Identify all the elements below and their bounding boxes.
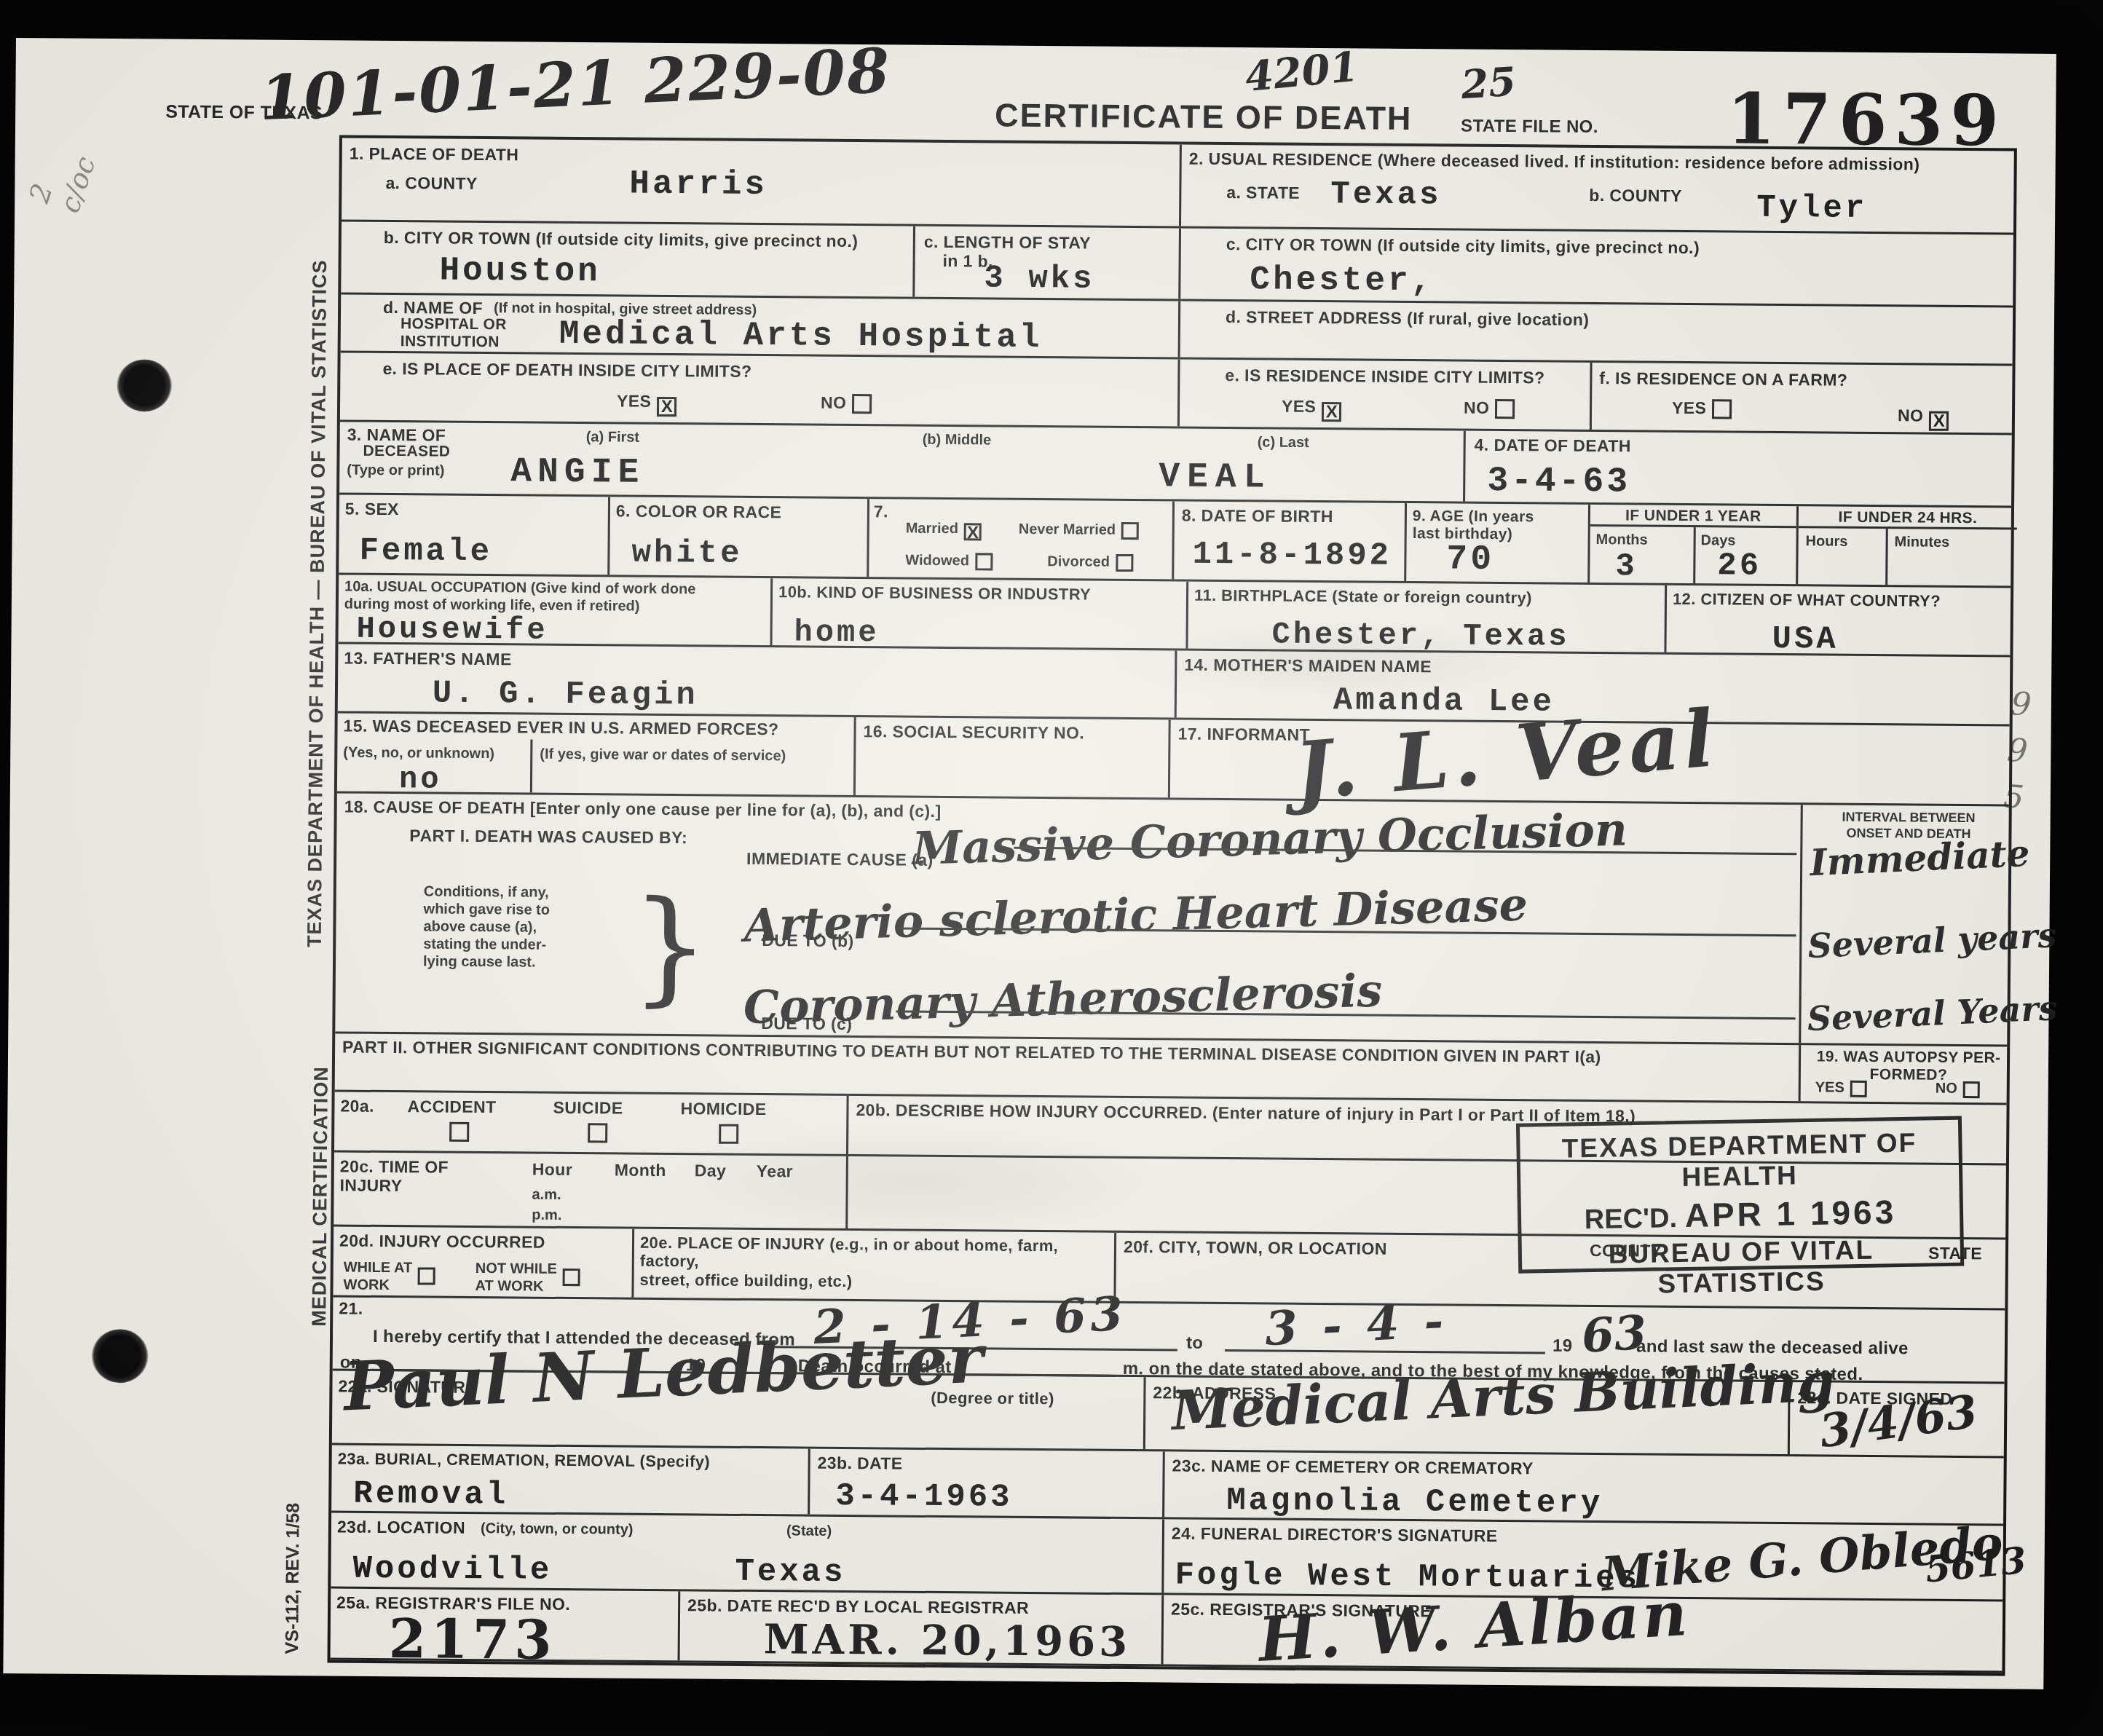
checkbox-never-married	[1121, 522, 1139, 540]
injury-occurred-cell: 20d. INJURY OCCURRED WHILE AT WORK NOT W…	[333, 1226, 632, 1297]
date-of-death-label: 4. DATE OF DEATH	[1475, 435, 1631, 456]
registrar-file-value: 2173	[388, 1608, 556, 1672]
armed-forces-sub-a: (Yes, no, or unknown)	[343, 744, 494, 763]
pm-label: p.m.	[532, 1207, 561, 1224]
months-value: 3	[1615, 548, 1638, 585]
registrar-date-label: 25b. DATE REC'D BY LOCAL REGISTRAR	[687, 1595, 1029, 1617]
birthplace-label: 11. BIRTHPLACE (State or foreign country…	[1194, 586, 1532, 607]
father-value: U. G. Feagin	[433, 676, 698, 714]
location-city-value: Woodville	[352, 1551, 552, 1589]
checkbox-homicide	[719, 1124, 738, 1144]
row-17: 23a. BURIAL, CREMATION, REMOVAL (Specify…	[331, 1445, 2004, 1526]
residence-limits-cell: e. IS RESIDENCE INSIDE CITY LIMITS? YESX…	[1177, 360, 1590, 430]
residence-city-label: c. CITY OR TOWN (If outside city limits,…	[1226, 234, 1700, 258]
checkbox-residence-farm-no: X	[1929, 411, 1949, 431]
burial-date-cell: 23b. DATE 3-4-1963	[808, 1449, 1163, 1518]
location-state-value: Texas	[735, 1554, 845, 1591]
stamp-recd: REC'D.	[1585, 1203, 1678, 1235]
certify-to-date: 3 - 4 -	[1264, 1294, 1449, 1357]
citizen-label: 12. CITIZEN OF WHAT COUNTRY?	[1673, 590, 1941, 610]
father-label: 13. FATHER'S NAME	[344, 649, 512, 669]
punch-hole-top	[117, 359, 173, 412]
under-24-hrs-header: IF UNDER 24 HRS.	[1799, 506, 2017, 529]
industry-cell: 10b. KIND OF BUSINESS OR INDUSTRY home	[770, 578, 1186, 648]
age-cell: 9. AGE (In years last birthday) 70	[1404, 503, 1588, 583]
yes-label: YES	[617, 391, 651, 410]
residence-state-label: a. STATE	[1226, 183, 1300, 202]
degree-cell: (Degree or title)	[923, 1376, 1144, 1449]
while-at-work: WHILE AT WORK	[343, 1259, 435, 1295]
marital-label: 7.	[874, 502, 888, 521]
occupation-value: Housewife	[356, 612, 548, 648]
autopsy-cell: 19. WAS AUTOPSY PER- FORMED? YES NO	[1799, 1045, 2013, 1102]
birthplace-value: Chester, Texas	[1271, 618, 1569, 655]
date-of-birth-value: 11-8-1892	[1192, 537, 1392, 575]
date-of-death-cell: 4. DATE OF DEATH 3-4-63	[1463, 431, 2018, 506]
year-label: Year	[757, 1161, 793, 1181]
cause-heading: 18. CAUSE OF DEATH [Enter only one cause…	[344, 797, 942, 821]
first-name-label: (a) First	[586, 428, 640, 446]
place-city-value: Houston	[439, 252, 601, 291]
informant-cell: 17. INFORMANT J. L. Veal	[1168, 719, 2016, 804]
checkbox-divorced	[1116, 554, 1133, 572]
checkbox-residence-limits-yes: X	[1322, 402, 1341, 422]
name-of-deceased-cell: 3. NAME OF DECEASED (Type or print) (a) …	[339, 422, 1464, 502]
film-background: 2 c/oc 9 9 5 TEXAS DEPARTMENT OF HEALTH …	[0, 0, 2103, 1736]
hospital-value: Medical Arts Hospital	[559, 315, 1043, 357]
injury-city-label: 20f. CITY, TOWN, OR LOCATION	[1124, 1237, 1387, 1258]
days-label: Days	[1701, 532, 1736, 549]
days-value: 26	[1717, 548, 1761, 584]
marital-widowed: Widowed	[905, 552, 993, 571]
yes-label: YES	[1672, 398, 1706, 417]
residence-state-value: Texas	[1330, 176, 1441, 213]
immediate-cause-label: IMMEDIATE CAUSE (a)	[746, 849, 934, 869]
stamp-line-1: TEXAS DEPARTMENT OF HEALTH	[1520, 1127, 1959, 1196]
date-of-death-value: 3-4-63	[1487, 462, 1630, 502]
sex-cell: 5. SEX Female	[339, 495, 608, 575]
row-10-cause-of-death: 18. CAUSE OF DEATH [Enter only one cause…	[335, 793, 2009, 1046]
burial-date-value: 3-4-1963	[835, 1478, 1013, 1516]
suicide-label: SUICIDE	[553, 1098, 623, 1118]
accident-label: ACCIDENT	[407, 1097, 496, 1116]
checkbox-place-limits-yes: X	[657, 397, 676, 417]
place-limits-label: e. IS PLACE OF DEATH INSIDE CITY LIMITS?	[382, 359, 751, 381]
part2-cell: PART II. OTHER SIGNIFICANT CONDITIONS CO…	[335, 1033, 1799, 1101]
hospital-label-line3: INSTITUTION	[401, 333, 500, 351]
registrar-date-cell: 25b. DATE REC'D BY LOCAL REGISTRAR MAR. …	[678, 1591, 1162, 1664]
item-20a-label: 20a.	[340, 1097, 374, 1116]
stamp-line-3: BUREAU OF VITAL STATISTICS	[1522, 1234, 1961, 1302]
armed-forces-sub-b: (If yes, give war or dates of service)	[540, 746, 786, 765]
checkbox-place-limits-no	[852, 394, 872, 414]
burial-cell: 23a. BURIAL, CREMATION, REMOVAL (Specify…	[331, 1445, 808, 1514]
row-6: 5. SEX Female 6. COLOR OR RACE white 7. …	[339, 495, 2011, 588]
interval-c-value: Several Years	[1807, 988, 2059, 1038]
location-sub-city: (City, town, or county)	[481, 1520, 634, 1539]
autopsy-yes: YES	[1815, 1078, 1867, 1097]
months-days-divider	[1693, 527, 1696, 583]
handwritten-number-4201: 4201	[1243, 42, 1361, 101]
checkbox-residence-farm-yes	[1712, 399, 1732, 419]
item-21-number: 21.	[339, 1299, 363, 1319]
residence-limits-label: e. IS RESIDENCE INSIDE CITY LIMITS?	[1225, 366, 1544, 387]
hospital-cell: d. NAME OF (If not in hospital, give str…	[341, 295, 1179, 358]
not-while-at-work: NOT WHILE AT WORK	[475, 1260, 580, 1295]
race-value: white	[631, 535, 742, 572]
residence-county-value: Tyler	[1756, 190, 1867, 227]
checkbox-autopsy-yes	[1850, 1081, 1867, 1097]
checkbox-married: X	[964, 523, 982, 540]
ssn-cell: 16. SOCIAL SECURITY NO.	[853, 717, 1169, 797]
length-of-stay-label: c. LENGTH OF STAY	[924, 232, 1091, 253]
sex-label: 5. SEX	[345, 500, 399, 519]
row-18: 23d. LOCATION (City, town, or county) (S…	[331, 1512, 2003, 1601]
middle-name-label: (b) Middle	[923, 431, 992, 449]
residence-farm-label: f. IS RESIDENCE ON A FARM?	[1599, 368, 1847, 390]
citizen-cell: 12. CITIZEN OF WHAT COUNTRY? USA	[1664, 585, 2016, 655]
residence-farm-no: NOX	[1898, 406, 1949, 431]
residence-city-value: Chester,	[1250, 261, 1434, 300]
no-label: NO	[1898, 406, 1924, 425]
am-label: a.m.	[532, 1186, 561, 1204]
row-19: 25a. REGISTRAR'S FILE NO. 2173 25b. DATE…	[331, 1588, 2003, 1673]
hospital-label-line1: d. NAME OF	[383, 298, 483, 318]
row-16: 22a. SIGNATURE Paul N Ledbetter (Degree …	[332, 1370, 2005, 1458]
first-name-value: ANGIE	[510, 452, 644, 492]
length-of-stay-cell: c. LENGTH OF STAY in 1 b. 3 wks	[912, 226, 1179, 299]
no-label: NO	[821, 393, 847, 412]
conditions-brace: }	[630, 875, 710, 1019]
cemetery-label: 23c. NAME OF CEMETERY OR CREMATORY	[1172, 1456, 1534, 1478]
place-limits-no: NO	[821, 393, 872, 414]
cemetery-cell: 23c. NAME OF CEMETERY OR CREMATORY Magno…	[1162, 1451, 2010, 1523]
row-4: e. IS PLACE OF DEATH INSIDE CITY LIMITS?…	[340, 353, 2013, 435]
not-while-at-work-label: NOT WHILE AT WORK	[475, 1260, 557, 1295]
industry-value: home	[794, 615, 879, 650]
residence-limits-yes: YESX	[1282, 397, 1341, 422]
armed-forces-label: 15. WAS DECEASED EVER IN U.S. ARMED FORC…	[343, 717, 778, 739]
certificate-paper: 2 c/oc 9 9 5 TEXAS DEPARTMENT OF HEALTH …	[3, 38, 2056, 1689]
location-label: 23d. LOCATION	[337, 1518, 465, 1538]
interval-b-value: Several years	[1807, 915, 2057, 966]
marital-divorced: Divorced	[1047, 553, 1133, 572]
location-sub-state: (State)	[786, 1522, 832, 1539]
interval-cell: INTERVAL BETWEEN ONSET AND DEATH Immedia…	[1799, 805, 2015, 1044]
residence-farm-yes: YES	[1672, 398, 1732, 419]
time-of-injury-cell: 20c. TIME OF INJURY Hour Month Day Year …	[334, 1152, 846, 1228]
last-name-label: (c) Last	[1258, 433, 1309, 451]
months-label: Months	[1596, 531, 1648, 549]
name-heading-line2: DECEASED	[363, 443, 450, 461]
hospital-label-line2: HOSPITAL OR	[401, 315, 507, 334]
vertical-form-code-text: VS-112, REV. 1/58	[282, 1465, 304, 1691]
burial-label: 23a. BURIAL, CREMATION, REMOVAL (Specify…	[338, 1450, 711, 1471]
date-signed-cell: 22c. DATE SIGNED 3/4/63	[1788, 1382, 2011, 1456]
last-name-value: VEAL	[1159, 457, 1272, 497]
age-value: 70	[1446, 540, 1494, 580]
place-of-injury-label: 20e. PLACE OF INJURY (e.g., in or about …	[640, 1234, 1115, 1293]
place-limits-yes: YESX	[617, 391, 676, 417]
place-county-value: Harris	[629, 165, 768, 204]
pencil-scribble-corner: 2 c/oc	[23, 142, 101, 216]
sex-value: Female	[359, 533, 492, 570]
marital-married: MarriedX	[906, 520, 982, 541]
due-to-c-label: DUE TO (c)	[761, 1014, 852, 1033]
street-address-cell: d. STREET ADDRESS (If rural, give locati…	[1178, 301, 2019, 364]
race-label: 6. COLOR OR RACE	[616, 501, 782, 521]
received-stamp: TEXAS DEPARTMENT OF HEALTH REC'D. APR 1 …	[1516, 1116, 1964, 1274]
residence-cell: 2. USUAL RESIDENCE (Where deceased lived…	[1179, 145, 2020, 233]
accident-suicide-homicide-cell: 20a. ACCIDENT SUICIDE HOMICIDE	[334, 1092, 847, 1154]
checkbox-accident	[449, 1122, 469, 1142]
birthplace-cell: 11. BIRTHPLACE (State or foreign country…	[1185, 582, 1665, 652]
certify-to-label: to	[1186, 1333, 1204, 1354]
row-1: 1. PLACE OF DEATH a. COUNTY Harris 2. US…	[342, 138, 2014, 235]
residence-city-cell: c. CITY OR TOWN (If outside city limits,…	[1178, 229, 2019, 306]
under-1-year-header: IF UNDER 1 YEAR	[1590, 505, 1796, 528]
cause-of-death-cell: 18. CAUSE OF DEATH [Enter only one cause…	[335, 793, 1801, 1043]
yes-label: YES	[1282, 397, 1316, 416]
name-heading-line1: 3. NAME OF	[347, 425, 446, 446]
handwritten-certificate-number: 101-01-21 229-08	[259, 34, 893, 134]
funeral-director-number: 5613	[1923, 1539, 2028, 1591]
place-of-death-heading: 1. PLACE OF DEATH	[350, 144, 519, 165]
citizen-value: USA	[1772, 621, 1839, 658]
row-2: b. CITY OR TOWN (If outside city limits,…	[341, 222, 2013, 308]
checkbox-suicide	[588, 1123, 607, 1143]
date-of-birth-label: 8. DATE OF BIRTH	[1182, 506, 1333, 526]
registrar-date-value: MAR. 20,1963	[764, 1615, 1132, 1666]
residence-farm-cell: f. IS RESIDENCE ON A FARM? YES NOX	[1590, 363, 2019, 433]
marital-status-cell: 7. MarriedX Never Married Widowed Divorc…	[867, 499, 1172, 579]
row-8: 13. FATHER'S NAME U. G. Feagin 14. MOTHE…	[338, 644, 2011, 727]
under-1-year-cell: IF UNDER 1 YEAR Months Days 3 26	[1587, 505, 1796, 584]
stamp-line-2: REC'D. APR 1 1963	[1521, 1191, 1960, 1238]
interval-a-value: Immediate	[1809, 832, 2031, 884]
registrar-signature-cell: 25c. REGISTRAR'S SIGNATURE H. W. Alban	[1161, 1595, 2009, 1670]
no-label: NO	[1464, 398, 1490, 417]
due-to-b-label: DUE TO (b)	[762, 931, 853, 950]
yes-label: YES	[1815, 1079, 1844, 1095]
place-county-label: a. COUNTY	[385, 173, 478, 193]
state-file-no-label: STATE FILE NO.	[1461, 117, 1598, 138]
conditions-note: Conditions, if any, which gave rise to a…	[423, 883, 550, 971]
hours-minutes-divider	[1885, 529, 1888, 585]
registrar-file-cell: 25a. REGISTRAR'S FILE NO. 2173	[331, 1588, 679, 1660]
stamp-date: APR 1 1963	[1684, 1193, 1896, 1234]
month-label: Month	[615, 1161, 666, 1180]
hour-label: Hour	[532, 1160, 572, 1180]
injury-occurred-label: 20d. INJURY OCCURRED	[339, 1231, 545, 1252]
informant-label: 17. INFORMANT	[1177, 725, 1310, 745]
day-label: Day	[695, 1161, 727, 1180]
age-label: 9. AGE (In years last birthday)	[1413, 508, 1534, 544]
cemetery-value: Magnolia Cemetery	[1226, 1483, 1603, 1522]
race-cell: 6. COLOR OR RACE white	[607, 497, 867, 577]
street-address-label: d. STREET ADDRESS (If rural, give locati…	[1226, 307, 1590, 329]
hours-label: Hours	[1806, 532, 1848, 550]
armed-forces-divider	[530, 740, 533, 793]
certify-19-label: 19	[1552, 1336, 1573, 1357]
part1-label: PART I. DEATH WAS CAUSED BY:	[409, 826, 687, 847]
widowed-label: Widowed	[905, 553, 969, 569]
mother-label: 14. MOTHER'S MAIDEN NAME	[1184, 655, 1432, 676]
residence-limits-no: NO	[1464, 398, 1515, 419]
checkbox-not-while-at-work	[563, 1269, 580, 1286]
row-7: 10a. USUAL OCCUPATION (Give kind of work…	[338, 575, 2011, 658]
certificate-title: CERTIFICATE OF DEATH	[995, 97, 1413, 138]
date-of-birth-cell: 8. DATE OF BIRTH 11-8-1892	[1172, 501, 1405, 581]
cause-b-value: Arterio sclerotic Heart Disease	[743, 878, 1528, 952]
never-married-label: Never Married	[1019, 521, 1116, 538]
degree-label: (Degree or title)	[931, 1389, 1054, 1408]
row-5: 3. NAME OF DECEASED (Type or print) (a) …	[339, 422, 2012, 508]
occupation-cell: 10a. USUAL OCCUPATION (Give kind of work…	[338, 575, 770, 646]
homicide-label: HOMICIDE	[680, 1099, 766, 1118]
autopsy-no: NO	[1936, 1080, 1980, 1098]
father-cell: 13. FATHER'S NAME U. G. Feagin	[338, 644, 1175, 718]
place-city-cell: b. CITY OR TOWN (If outside city limits,…	[341, 222, 913, 297]
punch-hole-bottom	[91, 1329, 149, 1384]
under-24-hrs-cell: IF UNDER 24 HRS. Hours Minutes	[1796, 506, 2017, 585]
place-city-label: b. CITY OR TOWN (If outside city limits,…	[384, 228, 901, 251]
armed-forces-value: no	[399, 762, 442, 797]
married-label: Married	[906, 521, 958, 537]
residence-county-label: b. COUNTY	[1589, 186, 1682, 205]
divorced-label: Divorced	[1047, 553, 1110, 570]
place-limits-cell: e. IS PLACE OF DEATH INSIDE CITY LIMITS?…	[340, 353, 1178, 427]
certificate-form: 1. PLACE OF DEATH a. COUNTY Harris 2. US…	[327, 135, 2016, 1676]
residence-heading: 2. USUAL RESIDENCE (Where deceased lived…	[1189, 149, 2012, 175]
industry-label: 10b. KIND OF BUSINESS OR INDUSTRY	[778, 583, 1091, 604]
marital-never: Never Married	[1019, 521, 1140, 540]
time-of-injury-label: 20c. TIME OF INJURY	[340, 1157, 449, 1196]
ssn-label: 16. SOCIAL SECURITY NO.	[863, 722, 1084, 743]
burial-location-cell: 23d. LOCATION (City, town, or county) (S…	[331, 1512, 1162, 1593]
length-of-stay-value: 3 wks	[984, 260, 1094, 297]
while-at-work-label: WHILE AT WORK	[343, 1259, 412, 1295]
physician-signature-cell: 22a. SIGNATURE Paul N Ledbetter	[332, 1370, 924, 1447]
checkbox-autopsy-no	[1963, 1081, 1980, 1098]
name-heading-line3: (Type or print)	[347, 462, 444, 480]
place-of-death-cell: 1. PLACE OF DEATH a. COUNTY Harris	[342, 138, 1180, 226]
no-label: NO	[1936, 1081, 1957, 1097]
occupation-label: 10a. USUAL OCCUPATION (Give kind of work…	[344, 578, 696, 616]
cause-a-value: Massive Coronary Occlusion	[912, 802, 1628, 875]
checkbox-residence-limits-no	[1495, 399, 1515, 419]
burial-date-label: 23b. DATE	[818, 1453, 903, 1473]
vertical-dept-text: TEXAS DEPARTMENT OF HEALTH — BUREAU OF V…	[303, 149, 333, 1059]
row-9: 15. WAS DECEASED EVER IN U.S. ARMED FORC…	[337, 713, 2010, 806]
checkbox-while-at-work	[418, 1267, 435, 1285]
checkbox-widowed	[975, 553, 993, 570]
burial-value: Removal	[353, 1476, 508, 1514]
handwritten-number-25: 25	[1460, 58, 1518, 108]
minutes-label: Minutes	[1895, 533, 1950, 551]
funeral-director-label: 24. FUNERAL DIRECTOR'S SIGNATURE	[1172, 1524, 1498, 1546]
physician-address-cell: 22b. ADDRESS Medical Arts Building	[1143, 1377, 1788, 1454]
armed-forces-cell: 15. WAS DECEASED EVER IN U.S. ARMED FORC…	[337, 713, 854, 795]
